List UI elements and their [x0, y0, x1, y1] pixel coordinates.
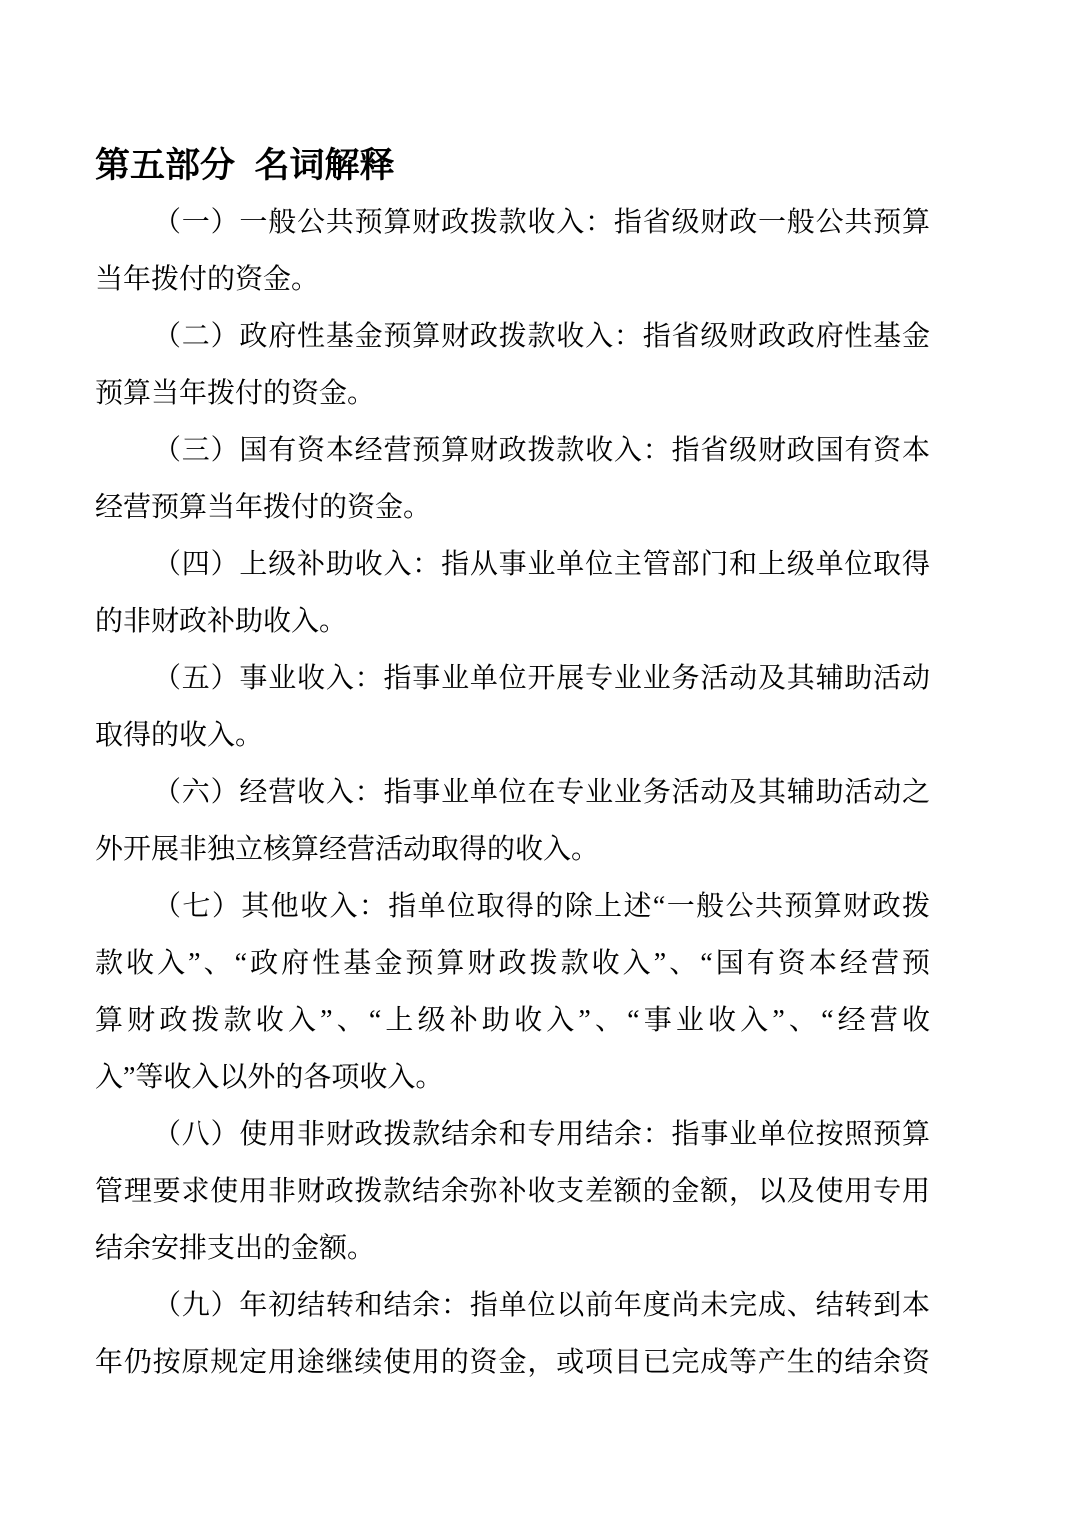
text-line: （八）使用非财政拨款结余和专用结余：指事业单位按照预算 — [95, 1106, 930, 1163]
text-line: （四）上级补助收入：指从事业单位主管部门和上级单位取得 — [95, 536, 930, 593]
paragraph: （七）其他收入：指单位取得的除上述“一般公共预算财政拨款收入”、“政府性基金预算… — [95, 878, 930, 1106]
text-line: 外开展非独立核算经营活动取得的收入。 — [95, 821, 930, 878]
text-line: 经营预算当年拨付的资金。 — [95, 479, 930, 536]
text-line: 算财政拨款收入”、“上级补助收入”、“事业收入”、“经营收 — [95, 992, 930, 1049]
text-line: （二）政府性基金预算财政拨款收入：指省级财政政府性基金 — [95, 308, 930, 365]
paragraph: （一）一般公共预算财政拨款收入：指省级财政一般公共预算当年拨付的资金。 — [95, 194, 930, 308]
text-line: 入”等收入以外的各项收入。 — [95, 1049, 930, 1106]
text-line: 取得的收入。 — [95, 707, 930, 764]
text-line: 年仍按原规定用途继续使用的资金，或项目已完成等产生的结余资 — [95, 1334, 930, 1391]
paragraph: （八）使用非财政拨款结余和专用结余：指事业单位按照预算管理要求使用非财政拨款结余… — [95, 1106, 930, 1277]
text-line: （三）国有资本经营预算财政拨款收入：指省级财政国有资本 — [95, 422, 930, 479]
document-content: 第五部分 名词解释 （一）一般公共预算财政拨款收入：指省级财政一般公共预算当年拨… — [95, 137, 930, 1391]
paragraph: （五）事业收入：指事业单位开展专业业务活动及其辅助活动取得的收入。 — [95, 650, 930, 764]
text-line: （六）经营收入：指事业单位在专业业务活动及其辅助活动之 — [95, 764, 930, 821]
section-title: 第五部分 名词解释 — [95, 137, 930, 194]
text-line: 当年拨付的资金。 — [95, 251, 930, 308]
text-line: （五）事业收入：指事业单位开展专业业务活动及其辅助活动 — [95, 650, 930, 707]
text-line: 管理要求使用非财政拨款结余弥补收支差额的金额，以及使用专用 — [95, 1163, 930, 1220]
text-line: 预算当年拨付的资金。 — [95, 365, 930, 422]
text-line: 结余安排支出的金额。 — [95, 1220, 930, 1277]
paragraph: （六）经营收入：指事业单位在专业业务活动及其辅助活动之外开展非独立核算经营活动取… — [95, 764, 930, 878]
paragraph: （九）年初结转和结余：指单位以前年度尚未完成、结转到本年仍按原规定用途继续使用的… — [95, 1277, 930, 1391]
text-line: （一）一般公共预算财政拨款收入：指省级财政一般公共预算 — [95, 194, 930, 251]
paragraph: （二）政府性基金预算财政拨款收入：指省级财政政府性基金预算当年拨付的资金。 — [95, 308, 930, 422]
text-line: （七）其他收入：指单位取得的除上述“一般公共预算财政拨 — [95, 878, 930, 935]
paragraph: （四）上级补助收入：指从事业单位主管部门和上级单位取得的非财政补助收入。 — [95, 536, 930, 650]
text-line: （九）年初结转和结余：指单位以前年度尚未完成、结转到本 — [95, 1277, 930, 1334]
document-page: 第五部分 名词解释 （一）一般公共预算财政拨款收入：指省级财政一般公共预算当年拨… — [0, 0, 1069, 1514]
text-line: 款收入”、“政府性基金预算财政拨款收入”、“国有资本经营预 — [95, 935, 930, 992]
text-line: 的非财政补助收入。 — [95, 593, 930, 650]
paragraph: （三）国有资本经营预算财政拨款收入：指省级财政国有资本经营预算当年拨付的资金。 — [95, 422, 930, 536]
document-body: （一）一般公共预算财政拨款收入：指省级财政一般公共预算当年拨付的资金。（二）政府… — [95, 194, 930, 1391]
